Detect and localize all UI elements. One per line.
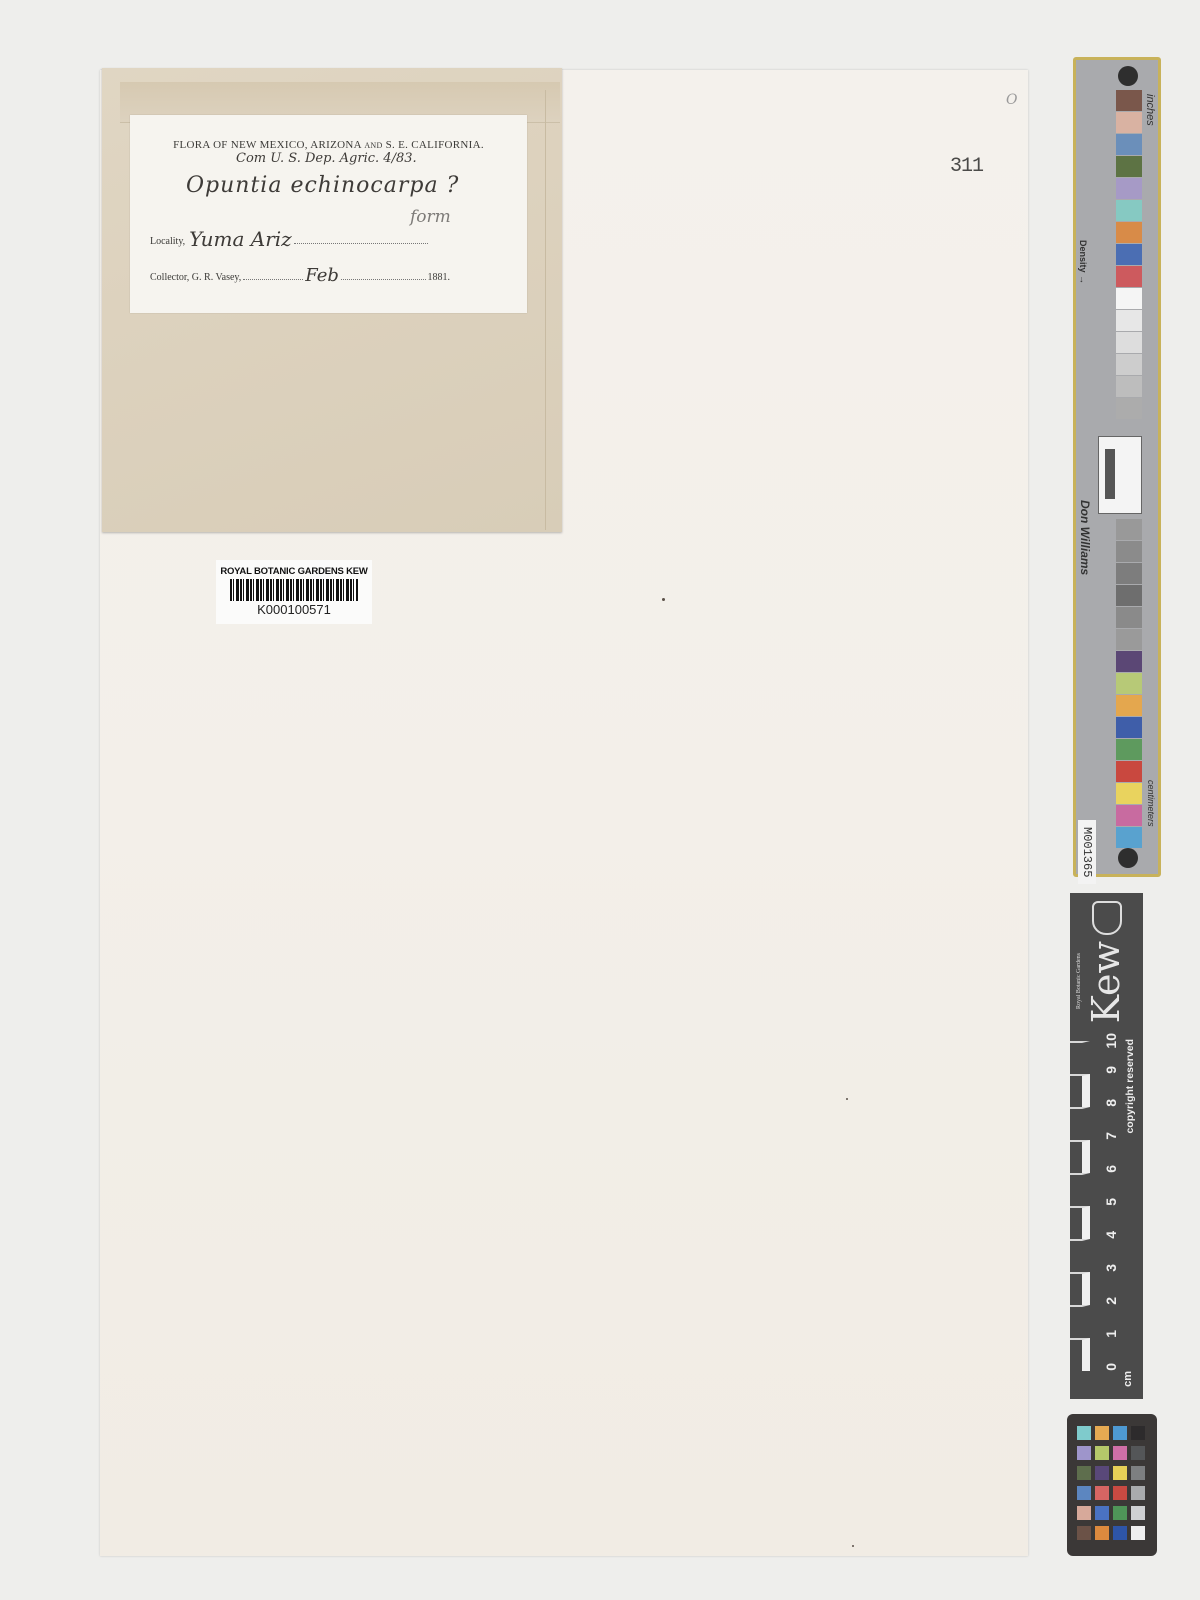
collection-label: FLORA OF NEW MEXICO, ARIZONA AND S. E. C… xyxy=(130,115,527,313)
kew-crest-icon xyxy=(1092,901,1122,935)
ruler-id: M001365 xyxy=(1078,820,1096,884)
ruler-units-inches: inches xyxy=(1144,94,1156,126)
label-header-main: FLORA OF NEW MEXICO, ARIZONA xyxy=(173,139,361,151)
ruler-swatch xyxy=(1116,178,1142,199)
collection-month: Feb xyxy=(305,265,339,286)
locality-value: Yuma Ariz xyxy=(189,227,292,251)
ruler-swatch xyxy=(1116,761,1142,782)
color-patch xyxy=(1077,1486,1091,1500)
ruler-swatch xyxy=(1116,805,1142,826)
label-header: FLORA OF NEW MEXICO, ARIZONA AND S. E. C… xyxy=(130,139,527,151)
ruler-swatch xyxy=(1116,651,1142,672)
color-ruler: inches Density → Don Williams centimeter… xyxy=(1073,57,1161,877)
color-patch xyxy=(1077,1466,1091,1480)
ruler-swatch xyxy=(1116,783,1142,804)
paper-speck xyxy=(662,598,665,601)
color-patch xyxy=(1095,1506,1109,1520)
barcode-id: K000100571 xyxy=(216,602,372,617)
ruler-swatch xyxy=(1116,827,1142,848)
ruler-units-centimeters: centimeters xyxy=(1146,780,1156,827)
color-patch xyxy=(1113,1526,1127,1540)
barcode-icon xyxy=(230,579,358,601)
scale-segment xyxy=(1070,1338,1090,1371)
ruler-swatch xyxy=(1116,376,1142,397)
handwritten-annotation: form xyxy=(410,207,451,227)
scale-tick-label: 9 xyxy=(1103,1066,1119,1074)
ruler-swatch xyxy=(1116,695,1142,716)
scale-tick-label: 10 xyxy=(1103,1033,1119,1049)
ruler-swatch xyxy=(1116,310,1142,331)
color-patch xyxy=(1095,1466,1109,1480)
ruler-swatch xyxy=(1116,112,1142,133)
color-patch xyxy=(1131,1526,1145,1540)
ruler-swatch xyxy=(1116,563,1142,584)
color-patch xyxy=(1131,1426,1145,1440)
locality-row: Locality, Yuma Ariz xyxy=(150,227,430,247)
scale-segment xyxy=(1070,1206,1090,1239)
collector-label: Collector, G. R. Vasey, xyxy=(150,272,241,283)
ruler-swatch xyxy=(1116,156,1142,177)
kew-scale-bar: Royal Botanic Gardens Kew copyright rese… xyxy=(1070,893,1143,1399)
handwritten-species-name: Opuntia echinocarpa ? xyxy=(186,173,459,198)
ruler-swatch xyxy=(1116,200,1142,221)
collector-row: Collector, G. R. Vasey, Feb 1881. xyxy=(150,265,450,283)
label-header-end: S. E. CALIFORNIA. xyxy=(386,139,484,151)
ruler-hole-icon xyxy=(1118,848,1138,868)
color-patch xyxy=(1095,1426,1109,1440)
cm-scale: 012345678910 xyxy=(1070,1041,1100,1371)
pencil-mark: O xyxy=(1006,92,1017,108)
color-patch xyxy=(1113,1466,1127,1480)
label-header-and: AND xyxy=(364,141,382,150)
scale-segment xyxy=(1070,1140,1090,1173)
ruler-swatch xyxy=(1116,90,1142,111)
paper-speck xyxy=(846,1098,848,1100)
collection-year: 1881. xyxy=(428,272,451,283)
ruler-hole-icon xyxy=(1118,66,1138,86)
ruler-swatch xyxy=(1116,266,1142,287)
ruler-swatch xyxy=(1116,222,1142,243)
color-patch xyxy=(1113,1426,1127,1440)
ruler-swatch xyxy=(1116,717,1142,738)
scale-tick-label: 6 xyxy=(1103,1165,1119,1173)
color-patch xyxy=(1095,1486,1109,1500)
ruler-swatch xyxy=(1116,332,1142,353)
scale-tick-label: 7 xyxy=(1103,1132,1119,1140)
color-patch xyxy=(1095,1446,1109,1460)
ruler-swatch xyxy=(1116,288,1142,309)
color-patch xyxy=(1131,1506,1145,1520)
ruler-swatch xyxy=(1116,673,1142,694)
color-patch xyxy=(1113,1486,1127,1500)
scale-tick-label: 3 xyxy=(1103,1264,1119,1272)
scale-segment xyxy=(1070,1041,1090,1074)
ruler-scale-card xyxy=(1098,436,1142,514)
paper-speck xyxy=(852,1545,854,1547)
handwritten-source: Com U. S. Dep. Agric. 4/83. xyxy=(236,151,417,166)
institution-name: ROYAL BOTANIC GARDENS KEW xyxy=(216,566,372,577)
dotted-line xyxy=(243,278,303,280)
locality-label: Locality, xyxy=(150,236,185,247)
ruler-brand: Don Williams xyxy=(1078,500,1092,575)
ruler-swatch xyxy=(1116,354,1142,375)
color-patch xyxy=(1077,1526,1091,1540)
scale-segment xyxy=(1070,1107,1090,1140)
color-patch xyxy=(1077,1506,1091,1520)
scale-segment xyxy=(1070,1173,1090,1206)
color-patch xyxy=(1113,1446,1127,1460)
scale-segment xyxy=(1070,1074,1090,1107)
sheet-number: 311 xyxy=(950,155,983,178)
scale-unit: cm xyxy=(1122,1371,1134,1387)
scale-tick-label: 0 xyxy=(1103,1363,1119,1371)
dotted-line xyxy=(341,278,426,280)
ruler-swatch xyxy=(1116,585,1142,606)
color-patch xyxy=(1131,1446,1145,1460)
ruler-swatch xyxy=(1116,244,1142,265)
kew-logo: Kew xyxy=(1084,941,1128,1023)
ruler-swatch xyxy=(1116,519,1142,540)
color-patch xyxy=(1095,1526,1109,1540)
scale-tick-label: 1 xyxy=(1103,1330,1119,1338)
copyright-notice: copyright reserved xyxy=(1124,1039,1136,1134)
ruler-swatch xyxy=(1116,739,1142,760)
color-patch xyxy=(1077,1446,1091,1460)
envelope-fold-edge xyxy=(545,90,556,530)
ruler-density-label: Density → xyxy=(1078,240,1088,284)
scale-tick-label: 4 xyxy=(1103,1231,1119,1239)
ruler-swatch xyxy=(1116,541,1142,562)
scale-segment xyxy=(1070,1239,1090,1272)
scale-segment xyxy=(1070,1272,1090,1305)
color-patch xyxy=(1113,1506,1127,1520)
scale-tick-label: 8 xyxy=(1103,1099,1119,1107)
dotted-line xyxy=(294,242,428,244)
color-patch xyxy=(1131,1486,1145,1500)
ruler-swatch xyxy=(1116,134,1142,155)
color-patch xyxy=(1077,1426,1091,1440)
color-patch xyxy=(1131,1466,1145,1480)
kew-logo-subtitle: Royal Botanic Gardens xyxy=(1076,953,1082,1009)
ruler-swatch xyxy=(1116,629,1142,650)
scale-tick-label: 2 xyxy=(1103,1297,1119,1305)
barcode-label: ROYAL BOTANIC GARDENS KEW K000100571 xyxy=(216,560,372,624)
color-checker-grid xyxy=(1077,1426,1145,1540)
ruler-swatch xyxy=(1116,607,1142,628)
scale-tick-label: 5 xyxy=(1103,1198,1119,1206)
scale-segment xyxy=(1070,1305,1090,1338)
ruler-swatch xyxy=(1116,398,1142,419)
color-checker-card xyxy=(1067,1414,1157,1556)
